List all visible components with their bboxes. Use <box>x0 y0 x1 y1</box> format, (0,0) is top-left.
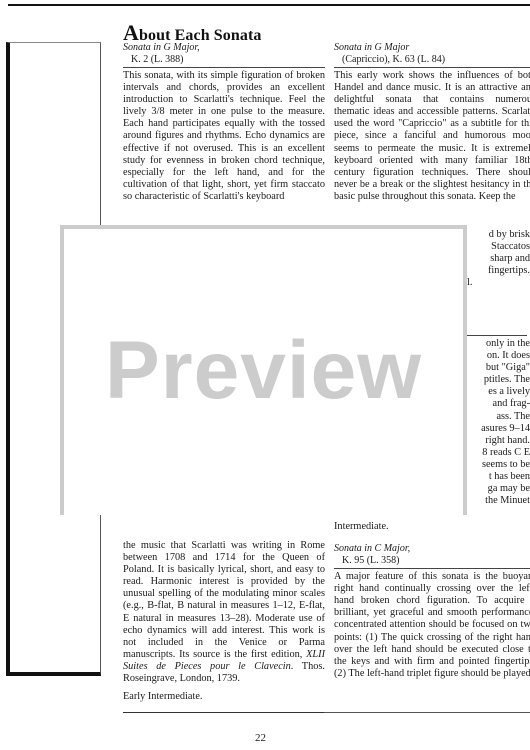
right-column: Sonata in G Major (Capriccio), K. 63 (L.… <box>334 42 530 203</box>
description-text: the music that Scarlatti was writing in … <box>123 540 325 660</box>
text-fragment: seems to be <box>467 459 530 471</box>
right-column-lower: Intermediate. Sonata in C Major, K. 95 (… <box>334 521 530 680</box>
text-fragment: Staccatos <box>467 241 530 253</box>
text-fragment: and frag- <box>467 398 530 410</box>
bottom-rule-right <box>324 712 530 713</box>
text-fragment: asures 9–14 <box>467 423 530 435</box>
difficulty-level: Early Intermediate. <box>123 691 325 703</box>
text-fragment: but "Giga" <box>467 362 530 374</box>
text-fragment: t has been <box>467 471 530 483</box>
text-fragment: on. It does <box>467 350 530 362</box>
text-fragment: ass. The <box>467 411 530 423</box>
text-fragment: 8 reads C E <box>467 447 530 459</box>
sonata-catalog: (Capriccio), K. 63 (L. 84) <box>334 54 530 68</box>
text-fragment: the Minuet <box>467 495 530 507</box>
right-fragments-lower: only in the on. It does but "Giga" ptitl… <box>467 338 530 507</box>
text-fragment: only in the <box>467 338 530 350</box>
text-fragment: sharp and <box>467 253 530 265</box>
text-fragment: es a lively <box>467 386 530 398</box>
left-column: Sonata in G Major, K. 2 (L. 388) This so… <box>123 42 325 203</box>
text-fragment: d by brisk <box>467 229 530 241</box>
sonata-catalog: K. 2 (L. 388) <box>123 54 325 68</box>
sonata-catalog: K. 95 (L. 358) <box>334 555 530 569</box>
sonata-description: This sonata, with its simple figuration … <box>123 70 325 203</box>
sonata-title: Sonata in C Major, <box>334 543 530 555</box>
bottom-rule-left <box>123 712 327 713</box>
top-rule <box>8 4 530 6</box>
preview-overlay: Preview <box>60 225 467 515</box>
text-fragment: ga may be <box>467 483 530 495</box>
preview-watermark: Preview <box>105 324 422 418</box>
sonata-title: Sonata in G Major, <box>123 42 325 54</box>
page-number: 22 <box>255 732 266 744</box>
sonata-description: A major feature of this sonata is the bu… <box>334 571 530 680</box>
section-rule <box>467 335 527 336</box>
sonata-description: This early work shows the influences of … <box>334 70 530 203</box>
text-fragment: l. <box>467 277 530 289</box>
sonata-description-continued: the music that Scarlatti was writing in … <box>123 540 325 685</box>
sonata-title: Sonata in G Major <box>334 42 530 54</box>
left-column-lower: the music that Scarlatti was writing in … <box>123 540 325 703</box>
right-fragments-upper: d by brisk Staccatos sharp and fingertip… <box>467 229 530 289</box>
text-fragment: right hand. <box>467 435 530 447</box>
text-fragment: fingertips. <box>467 265 530 277</box>
text-fragment: ptitles. The <box>467 374 530 386</box>
difficulty-level: Intermediate. <box>334 521 530 533</box>
